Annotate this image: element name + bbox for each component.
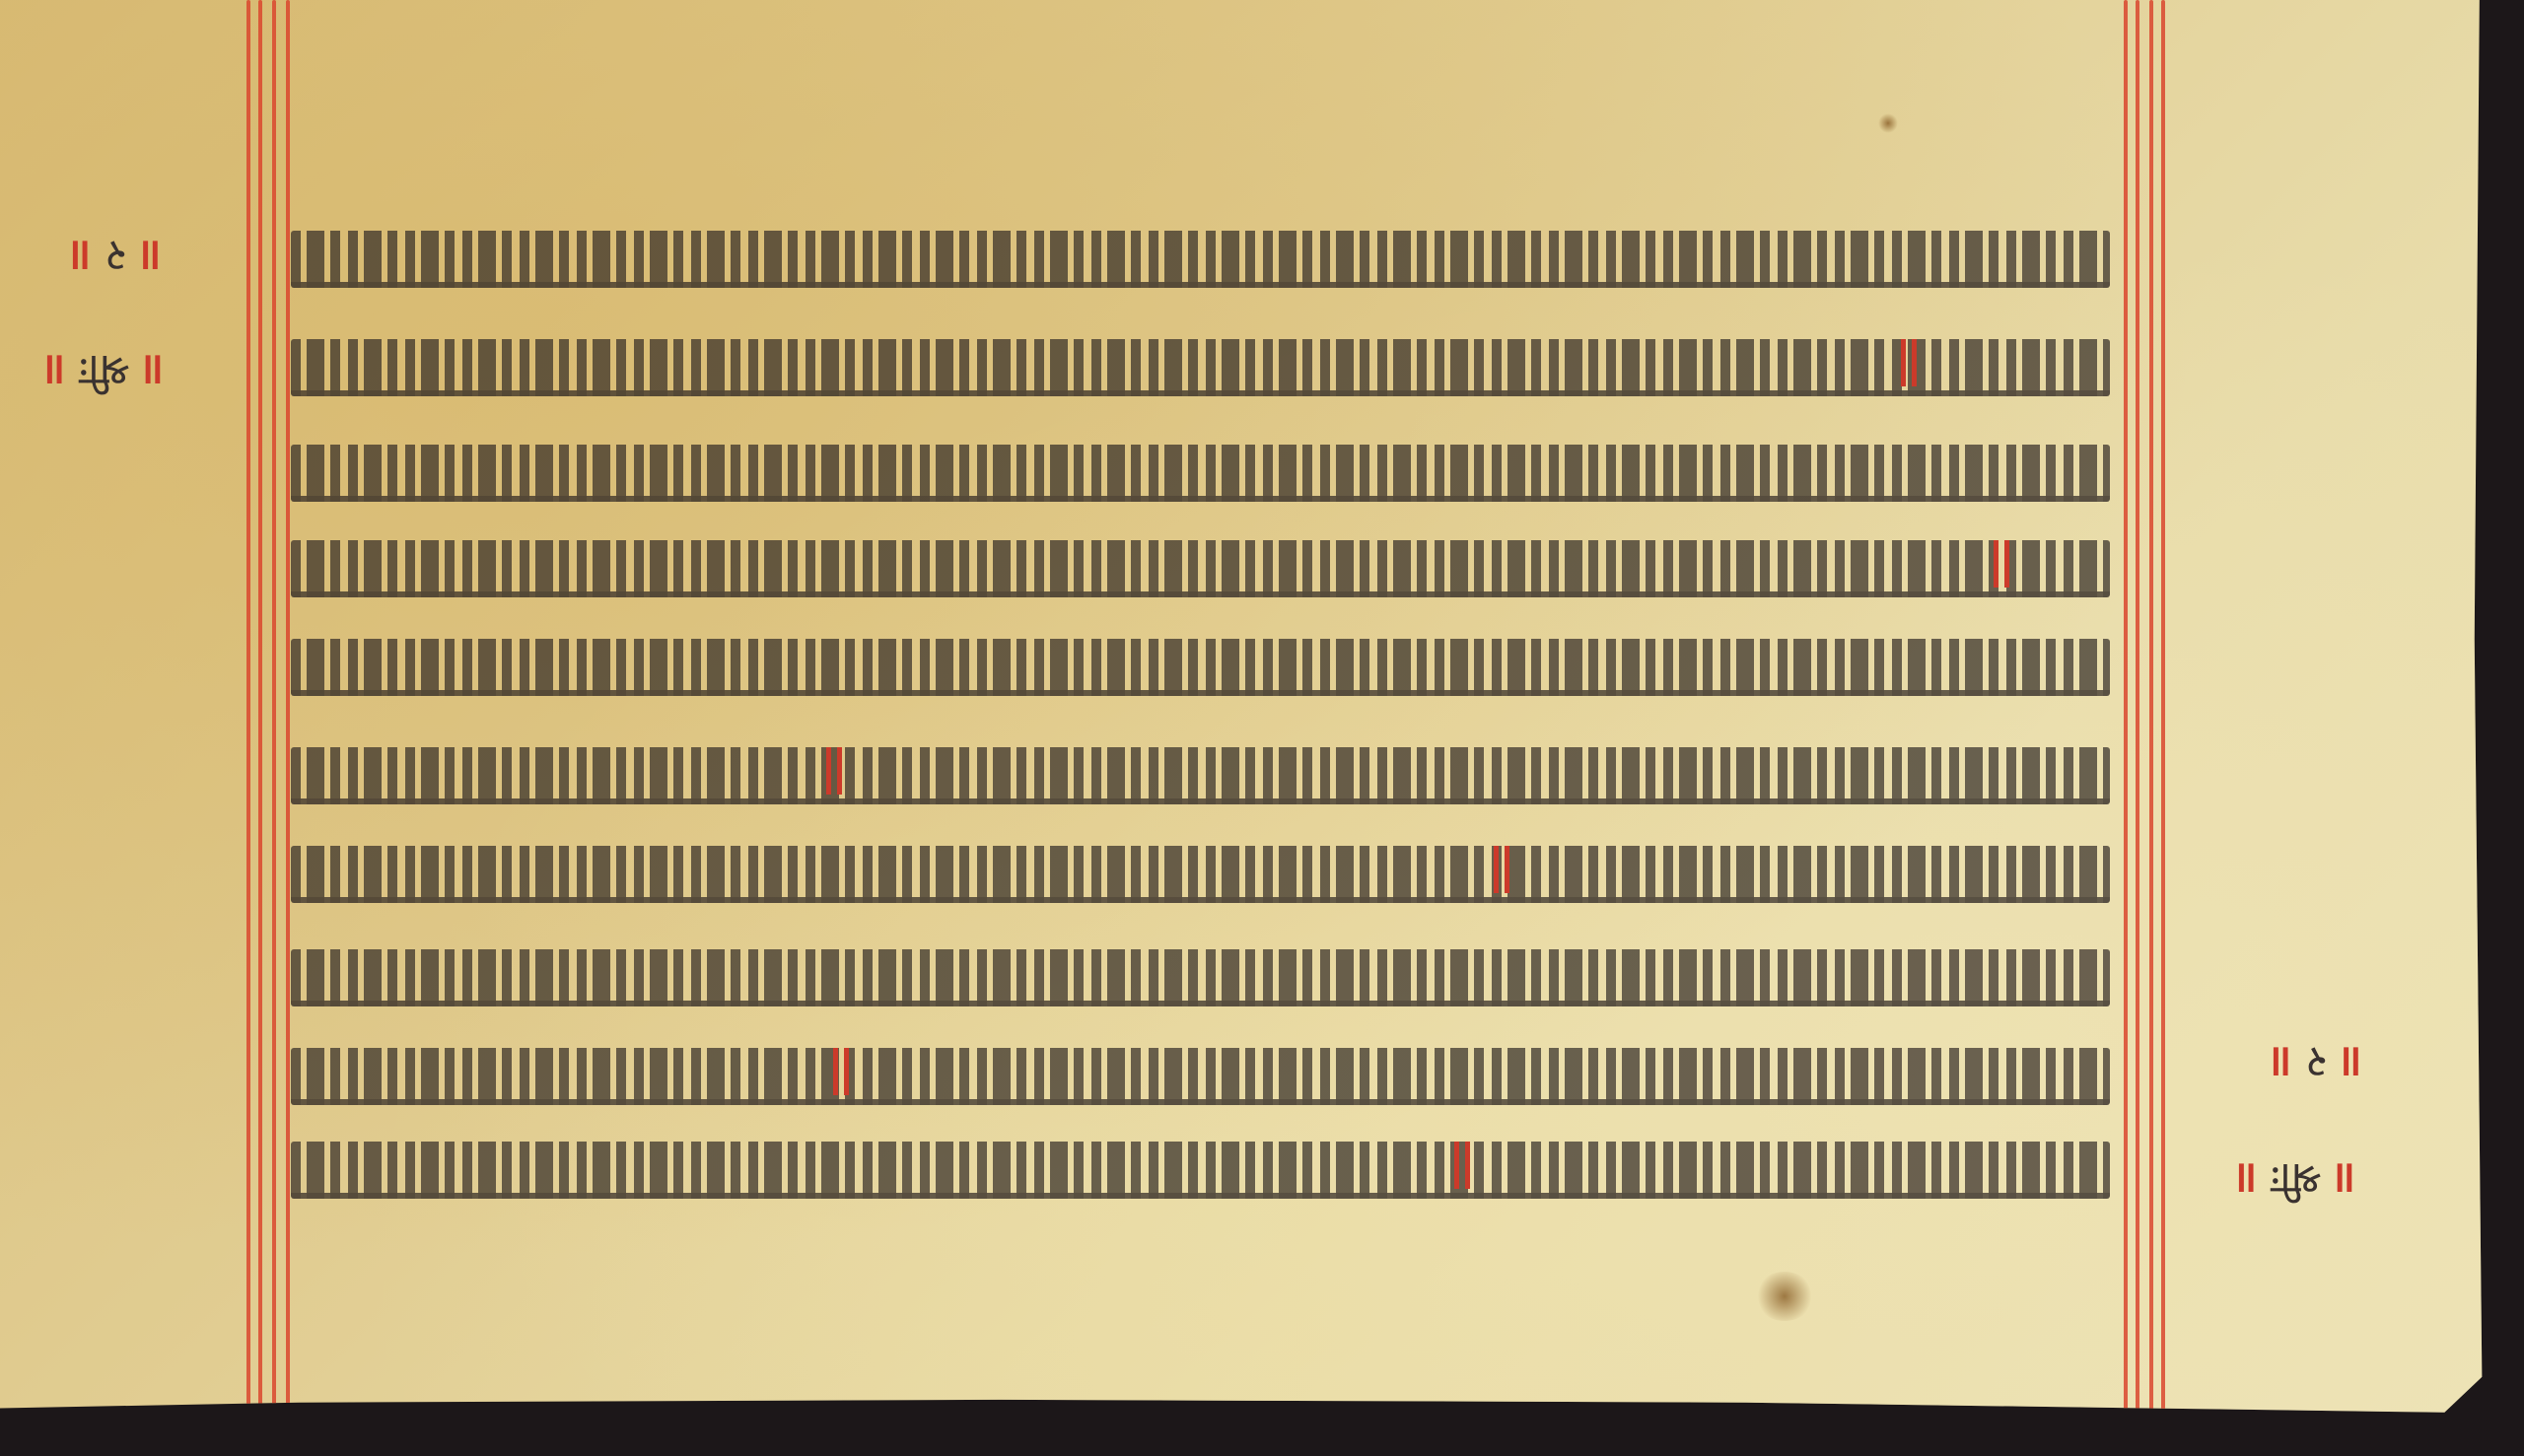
ink-glyphs [291,846,2110,903]
left-margin-rule [272,0,276,1420]
manuscript-line-3 [291,437,2110,506]
red-danda [1454,1142,1472,1189]
manuscript-line-4 [291,532,2110,601]
manuscript-folio: ॥ २ ॥ ॥ श्रीः ॥ ॥ २ ॥ ॥ श्रीः ॥ [0,0,2494,1420]
left-margin-rule [286,0,290,1420]
manuscript-line-5 [291,631,2110,700]
right-folio-marker: ॥ २ ॥ [2268,1035,2366,1094]
ink-glyphs [291,949,2110,1006]
red-danda [1901,339,1919,386]
red-danda [826,747,844,795]
danda: ॥ [2268,1035,2295,1094]
left-margin-rule [246,0,250,1420]
manuscript-line-1 [291,223,2110,292]
danda: ॥ [67,229,95,288]
right-margin-rule [2149,0,2153,1420]
ink-glyphs [291,747,2110,804]
ink-glyphs [291,231,2110,288]
ink-glyphs [291,1142,2110,1199]
folio-title: श्रीः [79,343,129,402]
danda: ॥ [137,229,165,288]
manuscript-line-8 [291,941,2110,1010]
danda: ॥ [2233,1151,2261,1211]
paper-stain [1878,113,1898,133]
danda: ॥ [140,343,168,402]
left-margin-rule [258,0,262,1420]
folio-title: श्रीः [2271,1151,2321,1211]
ink-glyphs [291,339,2110,396]
danda: ॥ [41,343,69,402]
danda: ॥ [2332,1151,2359,1211]
paper-stain [1755,1272,1814,1321]
manuscript-line-9 [291,1040,2110,1109]
right-margin-rule [2161,0,2165,1420]
ink-glyphs [291,445,2110,502]
right-margin-rule [2136,0,2139,1420]
ink-glyphs [291,1048,2110,1105]
manuscript-line-7 [291,838,2110,907]
manuscript-line-6 [291,739,2110,808]
red-danda [833,1048,851,1095]
danda: ॥ [2338,1035,2365,1094]
manuscript-line-10 [291,1134,2110,1203]
ink-glyphs [291,540,2110,597]
red-danda [1494,846,1511,893]
red-danda [1994,540,2011,588]
folio-number: २ [2305,1035,2328,1094]
folio-number: २ [105,229,127,288]
left-title-marker: ॥ श्रीः ॥ [41,343,168,402]
manuscript-line-2 [291,331,2110,400]
right-title-marker: ॥ श्रीः ॥ [2233,1151,2359,1211]
ink-glyphs [291,639,2110,696]
left-folio-marker: ॥ २ ॥ [67,229,166,288]
right-margin-rule [2124,0,2128,1420]
